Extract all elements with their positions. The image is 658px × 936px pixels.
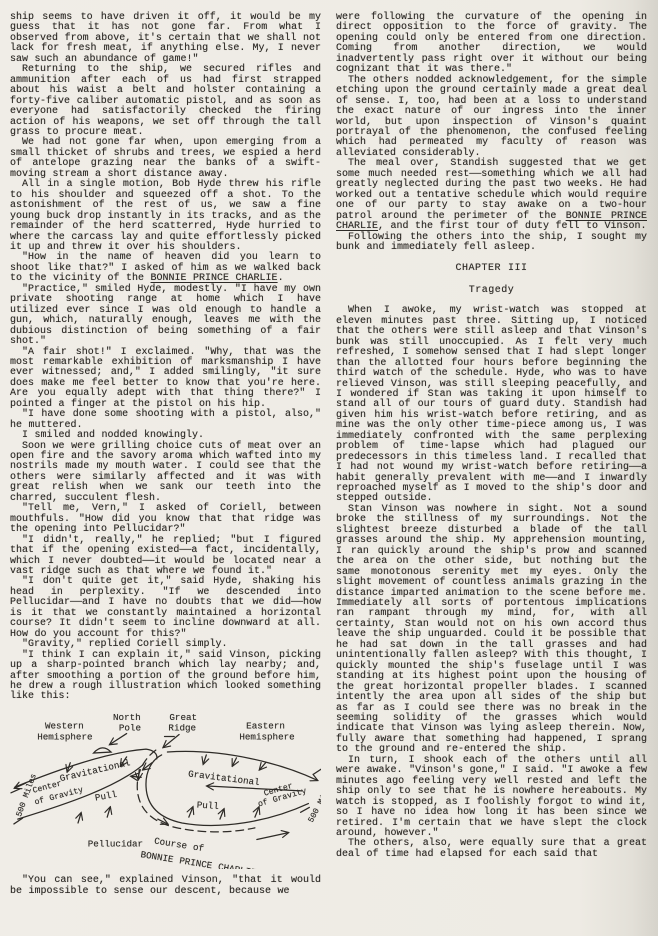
ship-name-underlined: BONNIE PRINCE CHARLIE [336,211,647,232]
label-eastern-hemisphere: Eastern [246,721,285,732]
paragraph: "You can see," explained Vinson, "that i… [10,876,321,897]
paragraph: We had not gone far when, upon emerging … [10,138,321,180]
east-gravity-arrow-2 [233,758,237,766]
paragraph: "Tell me, Vern," I asked of Coriell, bet… [10,504,321,535]
north-pole-mountain [94,748,111,753]
gravity-diagram-figure: Western Hemisphere North Pole Great Ridg… [10,707,321,869]
east-gravity-arrow-3 [260,763,266,770]
west-gravity-arrow-4 [131,776,141,777]
east-thickness-tick-bottom [301,807,310,812]
paragraph: Following the others into the ship, I so… [336,233,647,254]
paragraph: In turn, I shook each of the others unti… [336,756,647,840]
ship-course-dashed-line [137,750,255,832]
east-pull-arrow-3 [255,807,259,817]
paragraph: "How in the name of heaven did you learn… [10,253,321,284]
paragraph: When I awoke, my wrist-watch was stopped… [336,306,647,505]
paragraph: "Practice," smiled Hyde, modestly. "I ha… [10,285,321,348]
course-arrow-right [257,833,288,840]
label-great-ridge-2: Ridge [168,723,196,734]
label-western-hemisphere: Western [45,721,84,732]
right-column: were following the curvature of the open… [336,13,647,897]
paragraph: The meal over, Standish suggested that w… [336,159,647,232]
label-western-hemisphere-2: Hemisphere [37,731,92,742]
right-column-text: were following the curvature of the open… [336,13,647,860]
paragraph: "A fair shot!" I exclaimed. "Why, that w… [10,348,321,411]
chapter-heading: Tragedy [336,286,647,296]
label-500-miles-east: 500 Miles [306,780,321,825]
label-north-pole-2: Pole [119,723,141,734]
label-great-ridge: Great [169,712,197,723]
left-column: ship seems to have driven it off, it wou… [10,13,321,897]
paragraph: "I didn't, really," he replied; "but I f… [10,536,321,578]
east-thickness-tick-top [313,768,321,774]
document-page: ship seems to have driven it off, it wou… [0,0,658,936]
east-pull-arrow-2 [220,809,224,819]
paragraph: The others, also, were equally sure that… [336,839,647,860]
pellucidar-diagram: Western Hemisphere North Pole Great Ridg… [10,707,321,873]
paragraph: "I don't quite get it," said Hyde, shaki… [10,577,321,640]
label-gravitational-east: Gravitational [187,768,260,788]
paragraph: The others nodded acknowledgement, for t… [336,76,647,160]
paragraph: All in a single motion, Bob Hyde threw h… [10,180,321,253]
west-thickness-tick-top [11,789,20,793]
east-pull-arrow-1 [189,807,193,817]
label-pull-east: Pull [196,799,219,812]
paragraph: I smiled and nodded knowingly. [10,431,321,441]
west-pull-arrow-1 [78,813,81,823]
paragraph: "I think I can explain it," said Vinson,… [10,651,321,703]
paragraph: Stan Vinson was nowhere in sight. Not a … [336,505,647,756]
label-pellucidar: Pellucidar [88,838,143,849]
paragraph: ship seems to have driven it off, it wou… [10,13,321,65]
paragraph: "I have done some shooting with a pistol… [10,410,321,431]
label-eastern-hemisphere-2: Hemisphere [239,731,294,742]
paragraph: Returning to the ship, we secured rifles… [10,65,321,138]
north-pole-arrow [110,733,127,744]
two-column-text: ship seems to have driven it off, it wou… [10,13,650,897]
paragraph: were following the curvature of the open… [336,13,647,76]
label-north-pole: North [113,712,141,723]
east-gravity-arrow-1 [203,755,206,764]
paragraph: Soon we were grilling choice cuts of mea… [10,442,321,505]
ship-name-underlined: BONNIE PRINCE CHARLIE [151,273,278,284]
left-column-text: ship seems to have driven it off, it wou… [10,13,321,703]
west-pull-arrow-2 [107,807,110,817]
chapter-heading: CHAPTER III [336,264,647,274]
course-arrow-down [138,769,139,779]
left-column-text-after-diagram: "You can see," explained Vinson, "that i… [10,876,321,897]
